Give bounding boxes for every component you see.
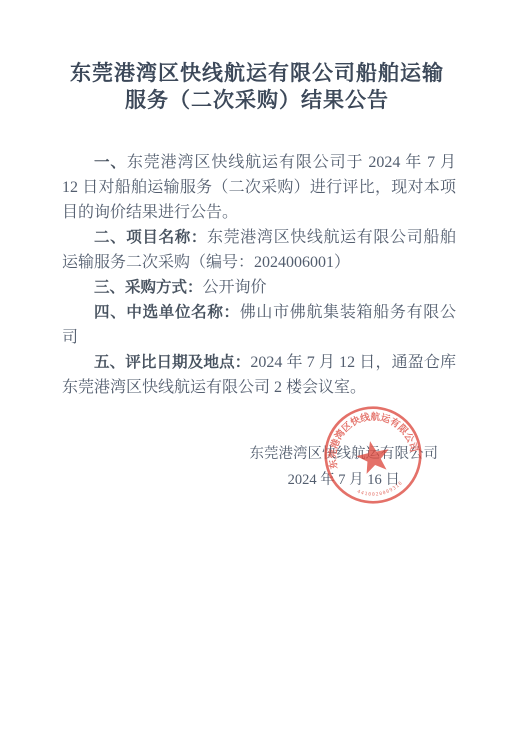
signature-date: 2024 年 7 月 16 日 bbox=[250, 467, 439, 493]
paragraph-2-label: 二、项目名称： bbox=[94, 229, 207, 246]
document-body: 一、东莞港湾区快线航运有限公司于 2024 年 7 月 12 日对船舶运输服务（… bbox=[62, 150, 456, 400]
document-title-line2: 服务（二次采购）结果公告 bbox=[40, 87, 474, 114]
paragraph-5-label: 五、评比日期及地点： bbox=[94, 354, 250, 371]
signature-company: 东莞港湾区快线航运有限公司 bbox=[250, 441, 439, 467]
signature-block: 东莞港湾区快线航运有限公司 2024 年 7 月 16 日 bbox=[250, 441, 439, 493]
paragraph-4-label: 四、中选单位名称： bbox=[94, 304, 240, 321]
paragraph-1: 一、东莞港湾区快线航运有限公司于 2024 年 7 月 12 日对船舶运输服务（… bbox=[62, 150, 456, 225]
paragraph-5: 五、评比日期及地点：2024 年 7 月 12 日，通盈仓库东莞港湾区快线航运有… bbox=[62, 350, 456, 400]
paragraph-2: 二、项目名称：东莞港湾区快线航运有限公司船舶运输服务二次采购（编号：202400… bbox=[62, 225, 456, 275]
document-page: 东莞港湾区快线航运有限公司船舶运输 服务（二次采购）结果公告 一、东莞港湾区快线… bbox=[0, 0, 514, 729]
document-title-line1: 东莞港湾区快线航运有限公司船舶运输 bbox=[40, 60, 474, 87]
document-title: 东莞港湾区快线航运有限公司船舶运输 服务（二次采购）结果公告 bbox=[40, 60, 474, 114]
paragraph-4: 四、中选单位名称：佛山市佛航集装箱船务有限公司 bbox=[62, 300, 456, 350]
paragraph-1-label: 一、 bbox=[94, 154, 127, 171]
paragraph-3: 三、采购方式：公开询价 bbox=[62, 275, 456, 300]
paragraph-3-label: 三、采购方式： bbox=[94, 279, 203, 296]
paragraph-3-text: 公开询价 bbox=[203, 279, 267, 296]
